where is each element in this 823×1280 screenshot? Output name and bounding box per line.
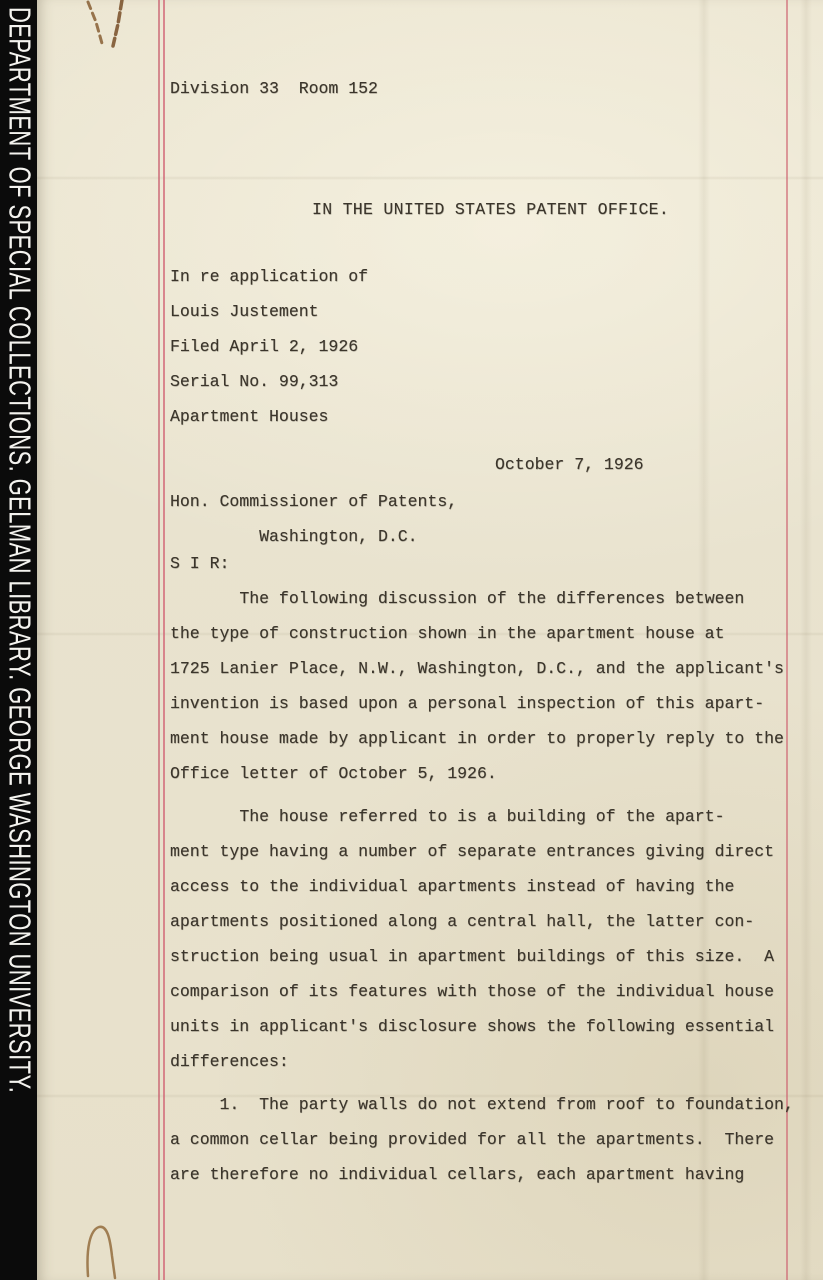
recipient-address: Hon. Commissioner of Patents, Washington… bbox=[170, 484, 457, 554]
archive-stamp-bar: DEPARTMENT OF SPECIAL COLLECTIONS. GELMA… bbox=[0, 0, 37, 1280]
left-margin-rule-outer bbox=[158, 0, 160, 1280]
date-line: October 7, 1926 bbox=[495, 447, 644, 482]
archive-stamp-text: DEPARTMENT OF SPECIAL COLLECTIONS. GELMA… bbox=[1, 7, 37, 1271]
left-margin-rule-inner bbox=[163, 0, 165, 1280]
salutation: S I R: bbox=[170, 546, 229, 581]
case-caption-block: In re application of Louis Justement Fil… bbox=[170, 259, 368, 434]
body-paragraph-3: 1. The party walls do not extend from ro… bbox=[170, 1087, 794, 1192]
patent-office-heading: IN THE UNITED STATES PATENT OFFICE. bbox=[312, 192, 669, 227]
body-paragraph-2: The house referred to is a building of t… bbox=[170, 799, 774, 1079]
scanned-letter-screenshot: { "archive_bar": { "text": "DEPARTMENT O… bbox=[0, 0, 823, 1280]
body-paragraph-1: The following discussion of the differen… bbox=[170, 581, 784, 791]
division-room-line: Division 33 Room 152 bbox=[170, 71, 378, 106]
vertical-fold-crease bbox=[800, 0, 812, 1280]
